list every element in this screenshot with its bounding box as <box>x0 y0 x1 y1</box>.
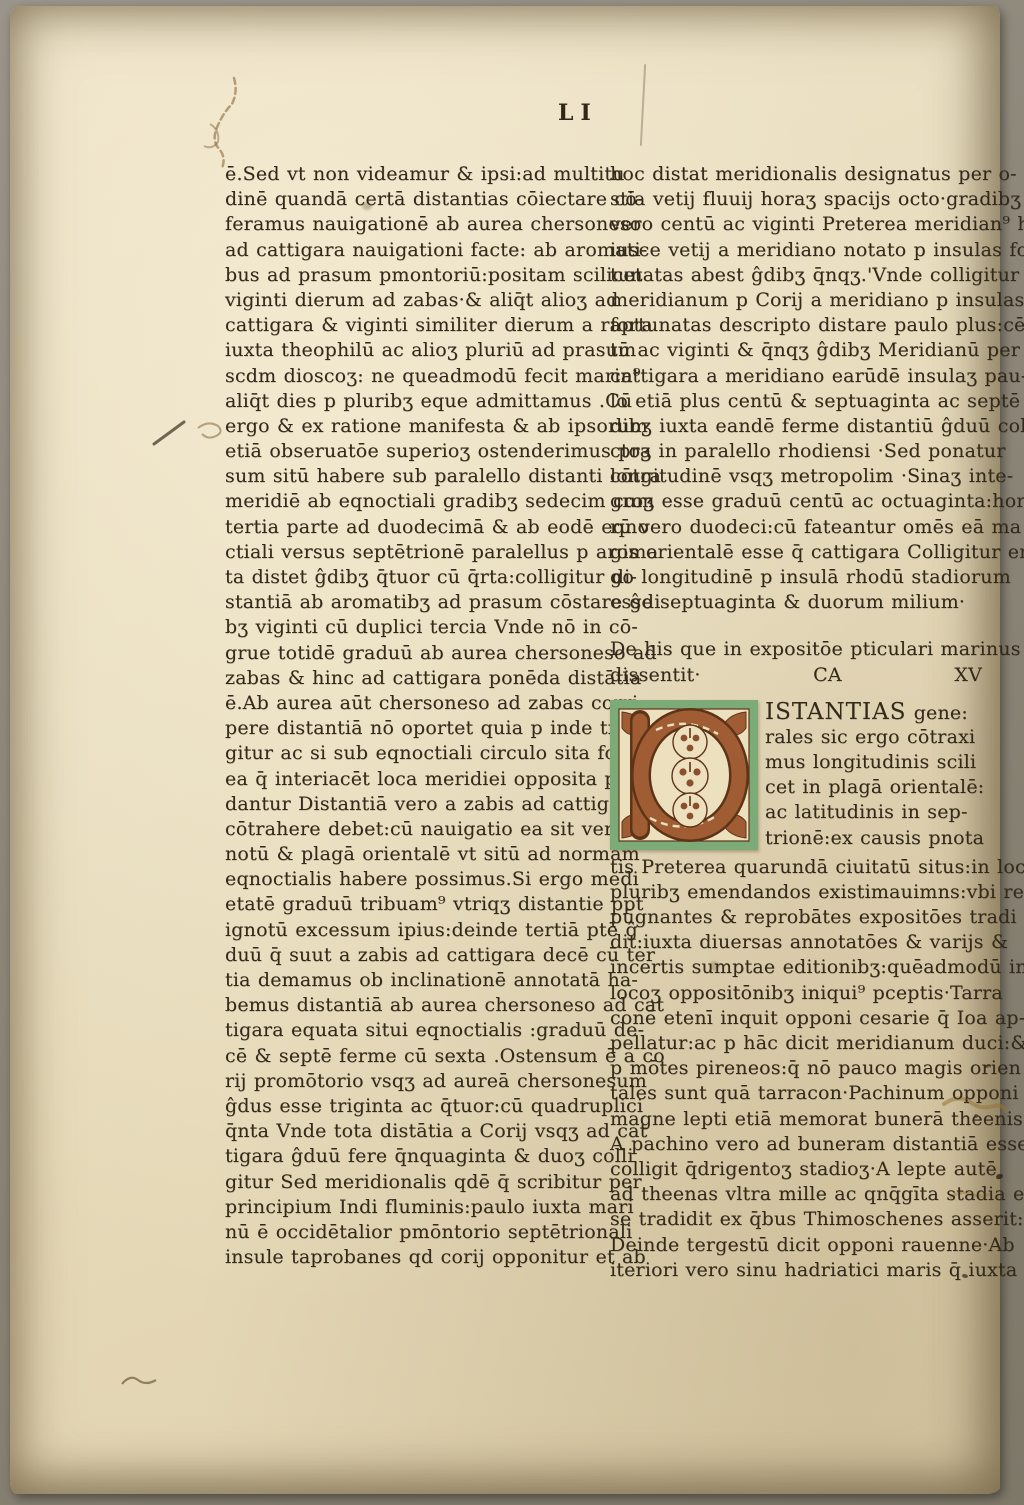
text-line: grue totidē graduū ab aurea chersoneso a… <box>225 641 597 666</box>
text-line: locoʒ oppositōnibʒ iniqui⁹ pceptis·Tarra <box>610 981 982 1006</box>
text-line: rij promōtorio vsqʒ ad aureā chersonesum <box>225 1069 597 1094</box>
text-line: dit:iuxta diuersas annotatōes & varijs & <box>610 930 982 955</box>
text-line: magne lepti etiā memorat bunerā theenis· <box>610 1107 982 1132</box>
text-line: iteriori vero sinu hadriatici maris q̄ i… <box>610 1258 982 1283</box>
text-line: eqnoctialis habere possimus.Si ergo medi <box>225 867 597 892</box>
decorated-initial-d <box>610 700 758 850</box>
text-line: ea q̄ interiacēt loca meridiei opposita … <box>225 767 597 792</box>
text-line: colligit q̄drigentoʒ stadioʒ·A lepte aut… <box>610 1157 982 1182</box>
text-line: incertis sumptae editionibʒ:quēadmodū in <box>610 955 982 980</box>
text-line: iuxta theophilū ac alioʒ pluriū ad prasu… <box>225 338 597 363</box>
text-column-right: hoc distat meridionalis designatus per o… <box>610 162 982 1283</box>
text-line: ac latitudinis in sep- <box>765 800 979 825</box>
text-line: longitudinē vsqʒ metropolim ·Sinaʒ inte- <box>610 464 982 489</box>
chapter-number: XV <box>954 662 982 688</box>
text-line: duū q̄ suut a zabis ad cattigara decē cū… <box>225 943 597 968</box>
text-line: nū ē occidētalior pmōntorio septētrional… <box>225 1220 597 1245</box>
text-line: tigara ĝduū fere q̄nquaginta & duoʒ coll… <box>225 1144 597 1169</box>
text-fragment: gene: <box>906 702 968 724</box>
text-line: rales sic ergo cōtraxi <box>765 725 979 750</box>
text-line: gitur ac si sub eqnoctiali circulo sita … <box>225 741 597 766</box>
text-line: q̄nta Vnde tota distātia a Corij vsqʒ ad… <box>225 1119 597 1144</box>
text-beside-initial: ISTANTIAS gene: rales sic ergo cōtraximu… <box>765 700 979 851</box>
text-line: cet in plagā orientalē: <box>765 775 979 800</box>
chapter-heading: De his que in expositōe pticulari marinu… <box>610 636 982 687</box>
text-line: ISTANTIAS gene: <box>765 700 979 725</box>
text-line: tertia parte ad duodecimā & ab eodē eqno <box>225 515 597 540</box>
text-line: cē & septē ferme cū sexta .Ostensum ē a … <box>225 1044 597 1069</box>
text-line: feramus nauigationē ab aurea chersoneso <box>225 212 597 237</box>
text-line: gitur Sed meridionalis qdē q̄ scribitur … <box>225 1170 597 1195</box>
text-line: bus ad prasum pmontoriū:positam scilicet <box>225 263 597 288</box>
chapter-heading-line1: De his que in expositōe pticulari marinu… <box>610 636 982 661</box>
text-line: ē.Ab aurea aūt chersoneso ad zabas corri… <box>225 691 597 716</box>
text-line: vero centū ac viginti Preterea meridian⁹… <box>610 212 982 237</box>
text-line: pellatur:ac p hāc dicit meridianum duci:… <box>610 1031 982 1056</box>
text-line: viginti dierum ad zabas·& aliq̄t alioʒ a… <box>225 288 597 313</box>
text-line: tales sunt quā tarracon·Pachinum opponi <box>610 1081 982 1106</box>
text-line: tis Preterea quarundā ciuitatū situs:in … <box>610 855 982 880</box>
text-line: stia vetij fluuij horaʒ spacijs octo·gra… <box>610 187 982 212</box>
ink-mark <box>118 1364 164 1394</box>
text-line: rū vero duodeci:cū fateantur omēs eā ma <box>610 515 982 540</box>
ink-mark <box>150 414 230 450</box>
text-line: ignotū excessum ipius:deinde tertiā ptē … <box>225 918 597 943</box>
text-line: A pachino vero ad buneram distantiā esse <box>610 1132 982 1157</box>
beside-initial-lines: rales sic ergo cōtraximus longitudinis s… <box>765 725 979 851</box>
text-line: tunatas abest ĝdibʒ q̄nqʒ.'Vnde colligit… <box>610 263 982 288</box>
chapter-opening: ISTANTIAS gene: rales sic ergo cōtraximu… <box>610 700 982 851</box>
right-column-bottom-text: tis Preterea quarundā ciuitatū situs:in … <box>610 855 982 1283</box>
text-line: aliq̄t dies p pluribʒ eque admittamus .C… <box>225 389 597 414</box>
text-line: etiā obseruatōe superioʒ ostenderimus pr… <box>225 439 597 464</box>
text-line: dantur Distantiā vero a zabis ad cattiga… <box>225 792 597 817</box>
chapter-ca-label: CA <box>813 662 842 688</box>
text-line: etatē graduū tribuam⁹ vtriqʒ distantie p… <box>225 892 597 917</box>
text-line: zabas & hinc ad cattigara ponēda distāti… <box>225 666 597 691</box>
text-line: fortunatas descripto distare paulo plus:… <box>610 313 982 338</box>
folio-number: LI <box>558 100 598 126</box>
text-line: se tradidit ex q̄bus Thimoschenes asseri… <box>610 1207 982 1232</box>
text-line: sum sitū habere sub paralello distanti c… <box>225 464 597 489</box>
text-line: principium Indi fluminis:paulo iuxta mar… <box>225 1195 597 1220</box>
text-line: conē etenī inquit opponi cesarie q̄ Ioa … <box>610 1006 982 1031</box>
right-column-top-text: hoc distat meridionalis designatus per o… <box>610 162 982 615</box>
text-line: pluribʒ emendandos existimauimns:vbi re <box>610 880 982 905</box>
text-line: bemus distantiā ab aurea chersoneso ad c… <box>225 993 597 1018</box>
text-line: ē.Sed vt non videamur & ipsi:ad multitu <box>225 162 597 187</box>
text-line: cattigara & viginti similiter dierum a r… <box>225 313 597 338</box>
text-line: tia demamus ob inclinationē annotatā ha- <box>225 968 597 993</box>
text-line: gis orientalē esse q̄ cattigara Colligit… <box>610 540 982 565</box>
text-line: cōtrahere debet:cū nauigatio ea sit vers… <box>225 817 597 842</box>
text-line: lo etiā plus centū & septuaginta ac sept… <box>610 389 982 414</box>
chapter-heading-dissentit: dissentit· <box>610 662 701 688</box>
text-line: pere distantiā nō oportet quia p inde tr… <box>225 716 597 741</box>
text-line: bʒ viginti cū duplici tercia Vnde nō in … <box>225 615 597 640</box>
text-line: meridianum p Corij a meridiano p insulas <box>610 288 982 313</box>
page-scan: LI ē.Sed vt non videamur & ipsi:ad multi… <box>10 6 1000 1494</box>
text-line: stantiā ab aromatibʒ ad prasum cōstare ĝ… <box>225 590 597 615</box>
text-line: scdm dioscoʒ: ne queadmodū fecit marin⁹ <box>225 364 597 389</box>
text-line: notū & plagā orientalē vt sitū ad normam <box>225 842 597 867</box>
text-line: dibʒ iuxta eandē ferme distantiū ĝduū co… <box>610 414 982 439</box>
text-line: mus longitudinis scili <box>765 750 979 775</box>
text-line: insule taprobanes qd corij opponitur et … <box>225 1245 597 1270</box>
text-line: Deinde tergestū dicit opponi rauenne·Ab <box>610 1233 982 1258</box>
chapter-heading-line2: dissentit· CA XV <box>610 662 982 688</box>
text-line: ĝdus esse triginta ac q̄tuor:cū quadrupl… <box>225 1094 597 1119</box>
text-line: p mōtes pireneos:q̄ nō pauco magis orien <box>610 1056 982 1081</box>
text-line: tū ac viginti & q̄nqʒ ĝdibʒ Meridianū pe… <box>610 338 982 363</box>
text-line: go longitudinē p insulā rhodū stadiorum <box>610 565 982 590</box>
text-line: pūgnantes & reprobātes expositōes tradi <box>610 905 982 930</box>
text-line: esse septuaginta & duorum milium· <box>610 590 982 615</box>
text-line: ta distet ĝdibʒ q̄tuor cū q̄rta:colligit… <box>225 565 597 590</box>
text-line: ad theenas vltra mille ac qnq̄gīta stadi… <box>610 1182 982 1207</box>
hairline-mark <box>640 64 646 146</box>
text-line: trionē:ex causis pnota <box>765 826 979 851</box>
text-column-left: ē.Sed vt non videamur & ipsi:ad multitud… <box>225 162 597 1270</box>
text-line: tigara equata situi eqnoctialis :graduū … <box>225 1018 597 1043</box>
text-line: hoc distat meridionalis designatus per o… <box>610 162 982 187</box>
text-line: iusce vetij a meridiano notato p insulas… <box>610 238 982 263</box>
text-line: meridiē ab eqnoctiali gradibʒ sedecim cu… <box>225 489 597 514</box>
text-line: ctoʒ in paralello rhodiensi ·Sed ponatur <box>610 439 982 464</box>
initial-continuation: ISTANTIAS <box>765 699 906 725</box>
text-line: cattigara a meridiano earūdē insulaʒ pau… <box>610 364 982 389</box>
text-line: dinē quandā certā distantias cōiectare c… <box>225 187 597 212</box>
text-line: ad cattigara nauigationi facte: ab aroma… <box>225 238 597 263</box>
text-line: ctiali versus septētrionē paralellus p a… <box>225 540 597 565</box>
text-line: ergo & ex ratione manifesta & ab ipsorum <box>225 414 597 439</box>
text-line: groʒ esse graduū centū ac octuaginta:hor… <box>610 489 982 514</box>
